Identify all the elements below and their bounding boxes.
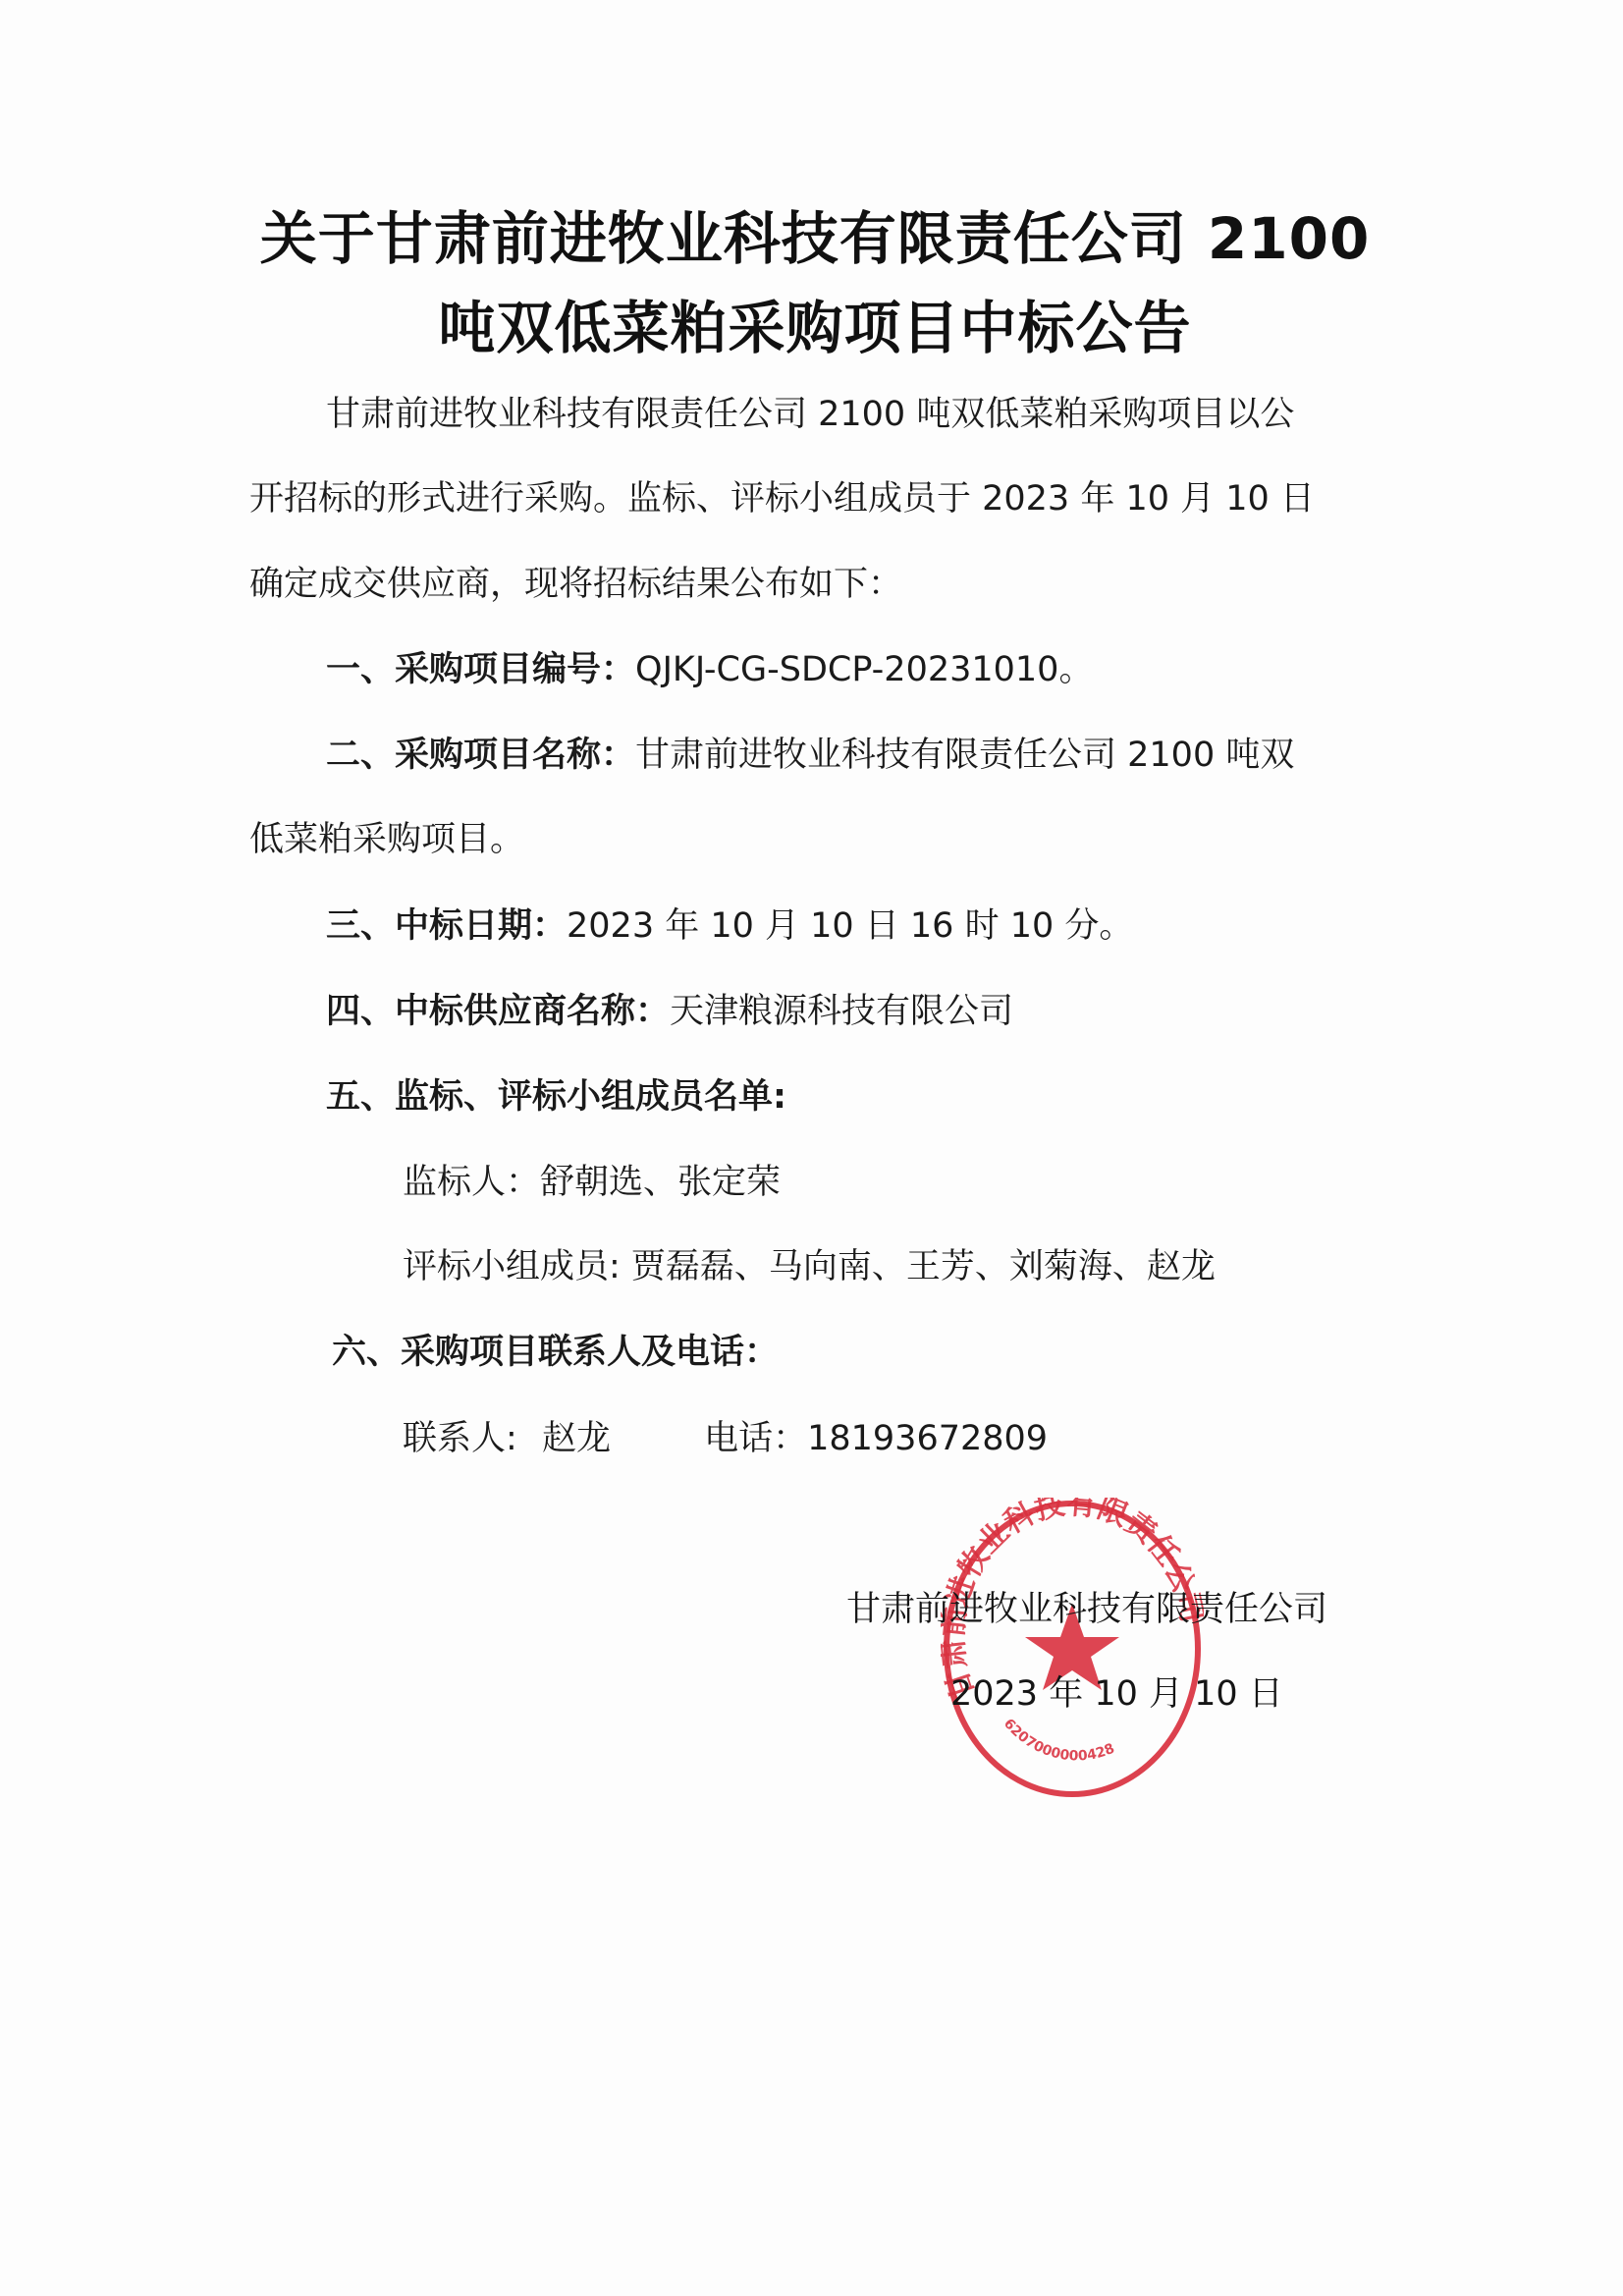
item-project-name: 二、采购项目名称：甘肃前进牧业科技有限责任公司 2100 吨双 bbox=[326, 734, 1294, 777]
item-committee-list: 五、监标、评标小组成员名单: bbox=[326, 1075, 786, 1119]
winning-supplier-value: 天津粮源科技有限公司 bbox=[670, 992, 1013, 1031]
intro-line-2: 开招标的形式进行采购。监标、评标小组成员于 2023 年 10 月 10 日 bbox=[249, 477, 1315, 520]
item-winning-supplier: 四、中标供应商名称：天津粮源科技有限公司 bbox=[326, 990, 1013, 1033]
project-name-value: 甘肃前进牧业科技有限责任公司 2100 吨双 bbox=[635, 736, 1294, 775]
project-number-value: QJKJ-CG-SDCP-20231010。 bbox=[635, 650, 1093, 689]
document-title-line-2: 吨双低菜粕采购项目中标公告 bbox=[245, 298, 1384, 358]
intro-line-1: 甘肃前进牧业科技有限责任公司 2100 吨双低菜粕采购项目以公 bbox=[326, 393, 1294, 436]
award-date-value: 2023 年 10 月 10 日 16 时 10 分。 bbox=[567, 906, 1133, 946]
item-label: 二、采购项目名称： bbox=[326, 736, 635, 775]
document-title-line-1: 关于甘肃前进牧业科技有限责任公司 2100 bbox=[245, 208, 1384, 269]
supervisors-line: 监标人：舒朝选、张定荣 bbox=[403, 1161, 781, 1204]
contact-phone: 18193672809 bbox=[807, 1419, 1048, 1458]
company-seal-stamp: 甘肃前进牧业科技有限责任公司 6207000000428 bbox=[941, 1498, 1204, 1800]
item-award-date: 三、中标日期：2023 年 10 月 10 日 16 时 10 分。 bbox=[326, 904, 1133, 948]
item-label: 三、中标日期： bbox=[326, 906, 567, 946]
contact-line: 联系人: 赵龙 电话：18193672809 bbox=[403, 1417, 1048, 1460]
contact-person: 赵龙 bbox=[542, 1419, 611, 1458]
signature-date: 2023 年 10 月 10 日 bbox=[950, 1672, 1283, 1716]
contact-person-label: 联系人: bbox=[403, 1419, 517, 1458]
seal-code-text: 6207000000428 bbox=[1001, 1716, 1117, 1764]
supervisors-value: 舒朝选、张定荣 bbox=[540, 1163, 781, 1202]
item-project-name-continuation: 低菜粕采购项目。 bbox=[249, 818, 524, 861]
evaluators-label: 评标小组成员: bbox=[403, 1247, 621, 1286]
document-page: 关于甘肃前进牧业科技有限责任公司 2100 吨双低菜粕采购项目中标公告 甘肃前进… bbox=[0, 0, 1623, 2296]
item-contact-section: 六、采购项目联系人及电话： bbox=[332, 1331, 779, 1374]
svg-text:6207000000428: 6207000000428 bbox=[1001, 1716, 1117, 1764]
item-label: 一、采购项目编号： bbox=[326, 650, 635, 689]
evaluators-value: 贾磊磊、马向南、王芳、刘菊海、赵龙 bbox=[621, 1247, 1216, 1286]
item-label: 四、中标供应商名称： bbox=[326, 992, 670, 1031]
supervisors-label: 监标人： bbox=[403, 1163, 540, 1202]
contact-phone-label: 电话： bbox=[704, 1419, 807, 1458]
evaluators-line: 评标小组成员: 贾磊磊、马向南、王芳、刘菊海、赵龙 bbox=[403, 1245, 1216, 1288]
item-project-number: 一、采购项目编号：QJKJ-CG-SDCP-20231010。 bbox=[326, 648, 1093, 691]
signature-company: 甘肃前进牧业科技有限责任公司 bbox=[846, 1588, 1327, 1631]
intro-line-3: 确定成交供应商，现将招标结果公布如下： bbox=[249, 563, 902, 606]
